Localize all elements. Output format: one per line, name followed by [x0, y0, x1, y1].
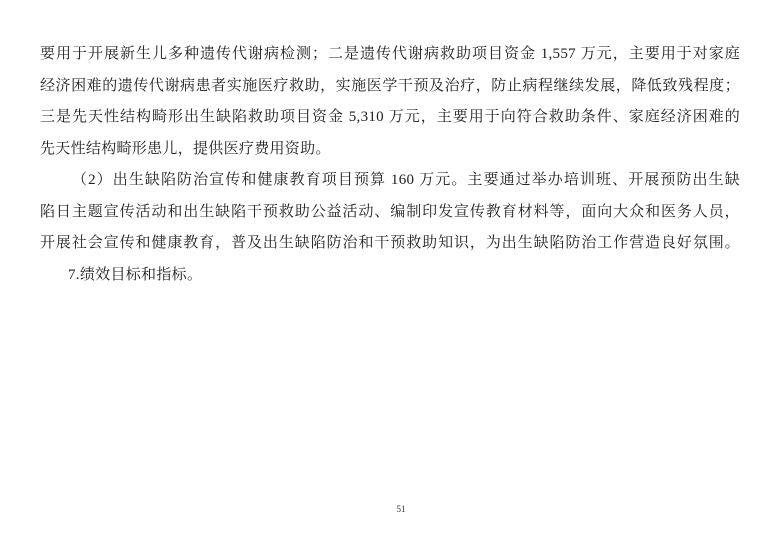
document-page: 要用于开展新生儿多种遗传代谢病检测；二是遗传代谢病救助项目资金 1,557 万元…: [0, 0, 760, 560]
text-line: 先天性结构畸形患儿，提供医疗费用资助。: [40, 134, 740, 166]
text-line: 三是先天性结构畸形出生缺陷救助项目资金 5,310 万元，主要用于向符合救助条件…: [40, 102, 740, 134]
document-body: 要用于开展新生儿多种遗传代谢病检测；二是遗传代谢病救助项目资金 1,557 万元…: [40, 39, 740, 291]
text-line: （2）出生缺陷防治宣传和健康教育项目预算 160 万元。主要通过举办培训班、开展…: [40, 165, 740, 197]
text-line: 陷日主题宣传活动和出生缺陷干预救助公益活动、编制印发宣传教育材料等，面向大众和医…: [40, 197, 740, 229]
text-line: 经济困难的遗传代谢病患者实施医疗救助，实施医学干预及治疗，防止病程继续发展，降低…: [40, 71, 740, 103]
page-number: 51: [381, 504, 421, 515]
text-line: 7.绩效目标和指标。: [40, 260, 740, 292]
text-line: 要用于开展新生儿多种遗传代谢病检测；二是遗传代谢病救助项目资金 1,557 万元…: [40, 39, 740, 71]
text-line: 开展社会宣传和健康教育，普及出生缺陷防治和干预救助知识，为出生缺陷防治工作营造良…: [40, 228, 740, 260]
